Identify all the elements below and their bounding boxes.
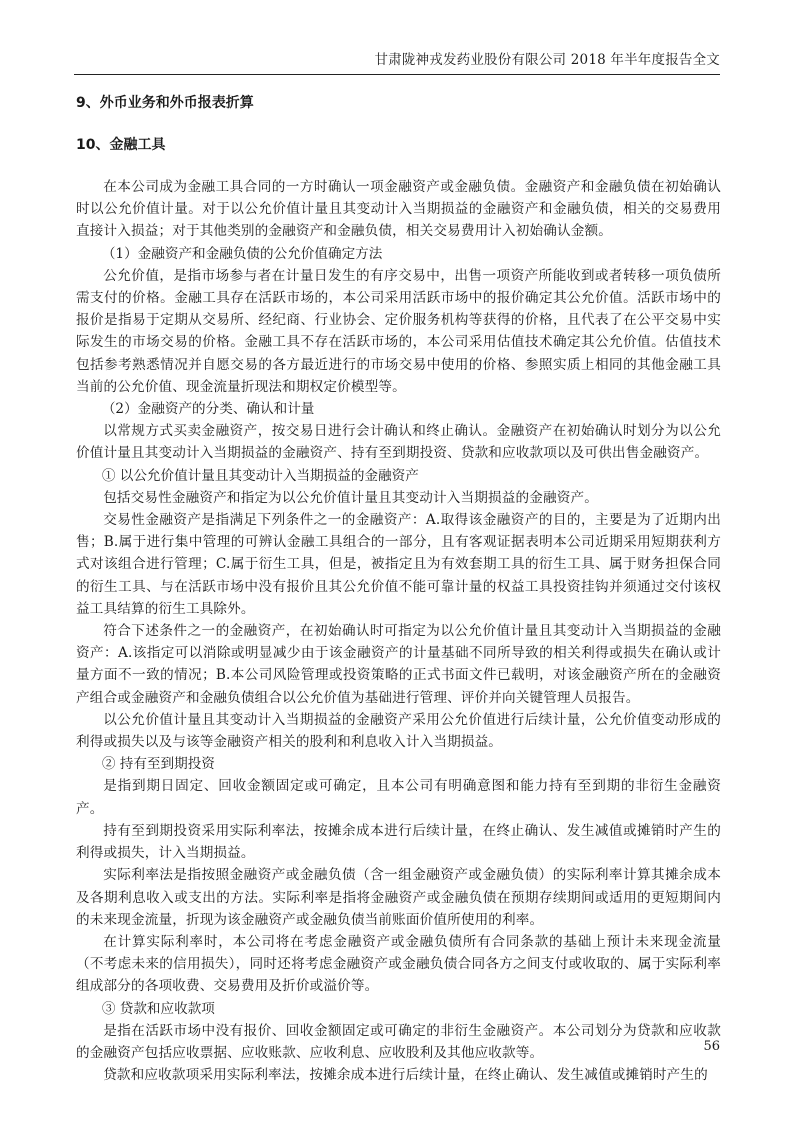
paragraph-fvtpl-includes: 包括交易性金融资产和指定为以公允价值计量且其变动计入当期损益的金融资产。 — [76, 487, 721, 509]
paragraph-htm-measurement: 持有至到期投资采用实际利率法，按摊余成本进行后续计量，在终止确认、发生减值或摊销… — [76, 820, 721, 864]
paragraph-fvtpl-measurement: 以公允价值计量且其变动计入当期损益的金融资产采用公允价值进行后续计量，公允价值变… — [76, 709, 721, 753]
report-title: 甘肃陇神戎发药业股份有限公司 2018 年半年度报告全文 — [374, 52, 720, 68]
section-heading-financial-instruments: 10、金融工具 — [76, 134, 721, 156]
paragraph-trading-assets: 交易性金融资产是指满足下列条件之一的金融资产：A.取得该金融资产的目的，主要是为… — [76, 509, 721, 620]
paragraph-classification: 以常规方式买卖金融资产，按交易日进行会计确认和终止确认。金融资产在初始确认时划分… — [76, 420, 721, 464]
paragraph-initial-recognition: 在本公司成为金融工具合同的一方时确认一项金融资产或金融负债。金融资产和金融负债在… — [76, 176, 721, 243]
subheading-loans-receivables: ③ 贷款和应收款项 — [76, 998, 721, 1020]
paragraph-effective-interest-method: 实际利率法是指按照金融资产或金融负债（含一组金融资产或金融负债）的实际利率计算其… — [76, 864, 721, 931]
document-body: 9、外币业务和外币报表折算 10、金融工具 在本公司成为金融工具合同的一方时确认… — [76, 92, 721, 1086]
paragraph-designated-assets: 符合下述条件之一的金融资产，在初始确认时可指定为以公允价值计量且其变动计入当期损… — [76, 620, 721, 709]
subheading-fvtpl: ① 以公允价值计量且其变动计入当期损益的金融资产 — [76, 465, 721, 487]
paragraph-htm-definition: 是指到期日固定、回收金额固定或可确定，且本公司有明确意图和能力持有至到期的非衍生… — [76, 775, 721, 819]
section-heading-foreign-currency: 9、外币业务和外币报表折算 — [76, 92, 721, 114]
subheading-held-to-maturity: ② 持有至到期投资 — [76, 753, 721, 775]
subheading-classification: （2）金融资产的分类、确认和计量 — [76, 398, 721, 420]
page-number: 56 — [0, 1039, 793, 1054]
paragraph-loans-measurement: 贷款和应收款项采用实际利率法，按摊余成本进行后续计量，在终止确认、发生减值或摊销… — [76, 1064, 721, 1086]
paragraph-effective-rate-calculation: 在计算实际利率时，本公司将在考虑金融资产或金融负债所有合同条款的基础上预计未来现… — [76, 931, 721, 998]
page-header: 甘肃陇神戎发药业股份有限公司 2018 年半年度报告全文 — [74, 50, 720, 75]
subheading-fair-value-method: （1）金融资产和金融负债的公允价值确定方法 — [76, 243, 721, 265]
paragraph-fair-value-definition: 公允价值，是指市场参与者在计量日发生的有序交易中，出售一项资产所能收到或者转移一… — [76, 265, 721, 398]
